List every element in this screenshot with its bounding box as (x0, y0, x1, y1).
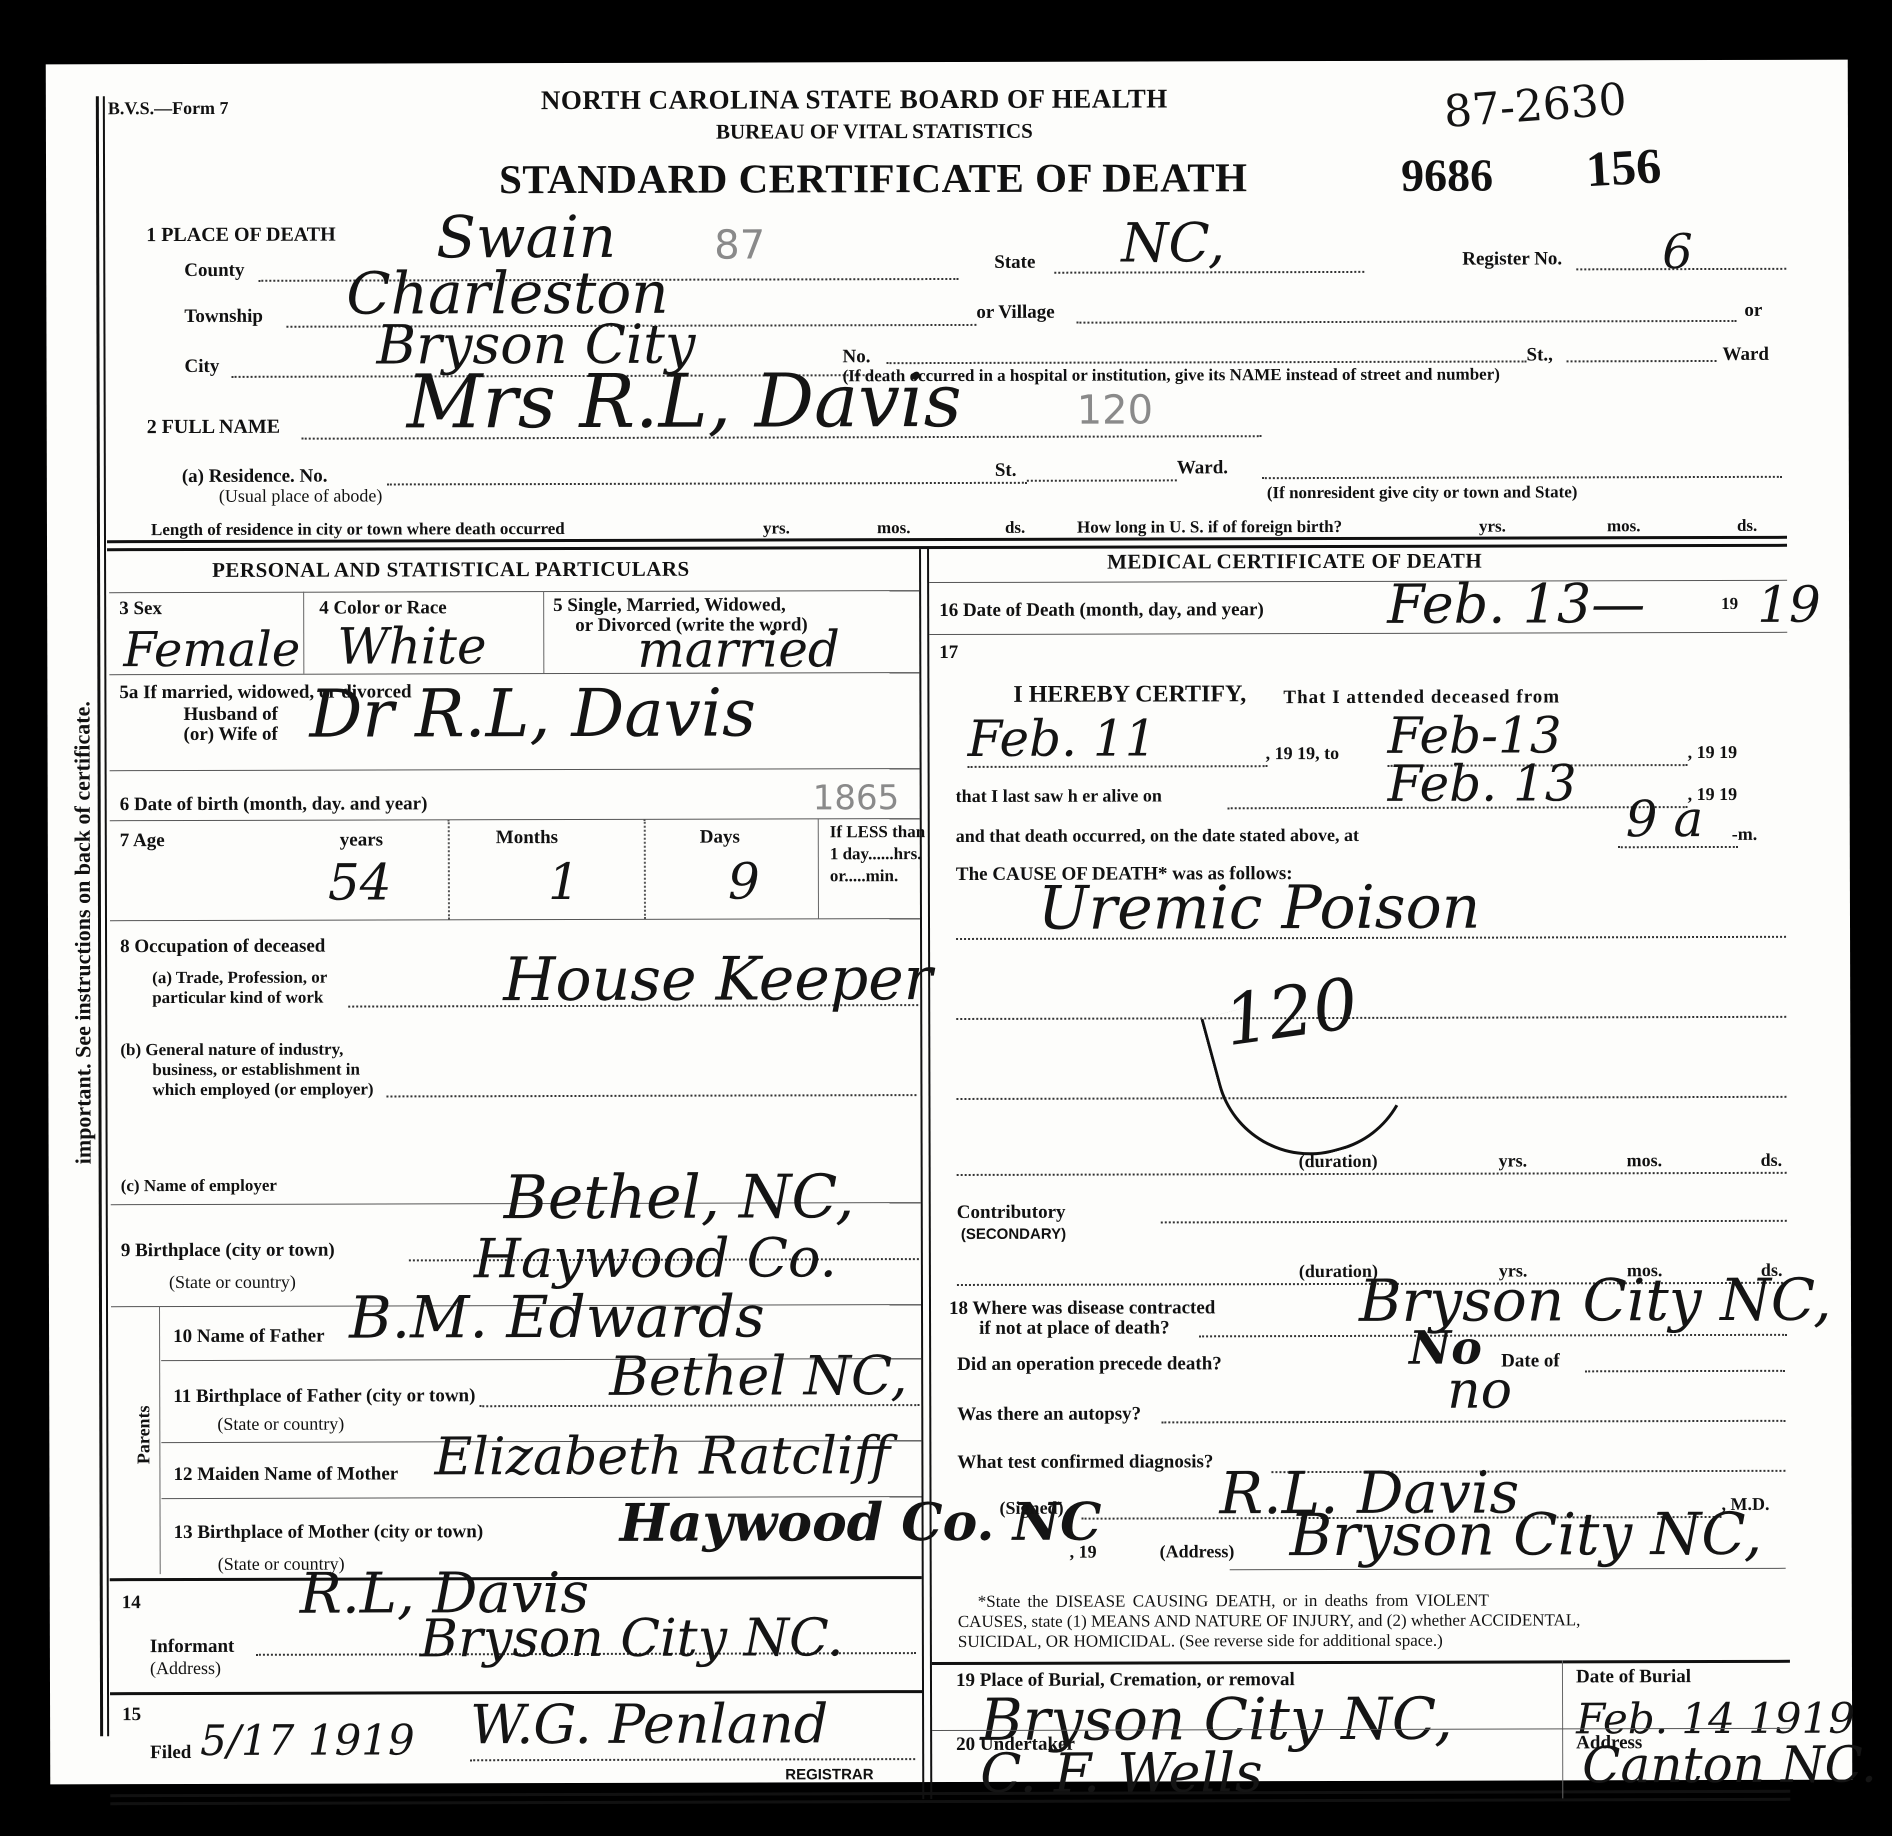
sex-label: 3 Sex (119, 598, 162, 620)
death-time-label: and that death occurred, on the date sta… (956, 825, 1359, 847)
residence-sublabel: (Usual place of abode) (219, 485, 382, 506)
race-value: White (337, 617, 486, 675)
birthplace-value: Bethel, NC, (504, 1162, 855, 1233)
informant-address-label: (Address) (150, 1658, 221, 1679)
autopsy-label: Was there an autopsy? (957, 1403, 1141, 1425)
less-than-label-1: If LESS than (830, 822, 925, 842)
secondary-label: (SECONDARY) (961, 1226, 1066, 1243)
informant-number: 14 (122, 1592, 141, 1614)
stamp-number: 9686 (1401, 149, 1493, 202)
center-rule-2 (927, 549, 932, 1799)
header-bureau: BUREAU OF VITAL STATISTICS (716, 119, 1033, 145)
form-left-rule (96, 96, 103, 1736)
father-birthplace-state-label: (State or country) (217, 1414, 344, 1435)
less-than-label-2: 1 day......hrs. (830, 844, 922, 864)
last-saw-label: that I last saw h er alive on (956, 785, 1162, 807)
header-board: NORTH CAROLINA STATE BOARD OF HEALTH (541, 83, 1168, 116)
footnote-2: CAUSES, state (1) MEANS AND NATURE OF IN… (958, 1610, 1581, 1632)
form-left-rule-inner (103, 96, 109, 1736)
informant-address-value: Bryson City NC. (420, 1608, 844, 1669)
industry-label-2: business, or establishment in (152, 1060, 360, 1081)
race-label: 4 Color or Race (319, 597, 447, 619)
attended-from: Feb. 11 (967, 709, 1156, 767)
date-of-death-value: Feb. 13— (1387, 572, 1645, 636)
city-label: City (185, 356, 220, 378)
foreign-ds: ds. (1737, 516, 1757, 536)
burial-date-label: Date of Burial (1576, 1666, 1691, 1688)
trade-value: House Keeper (503, 944, 932, 1015)
filed-number: 15 (122, 1704, 141, 1726)
attended-to-year: , 19 19 (1688, 742, 1738, 763)
footnote-3: SUICIDAL, OR HOMICIDAL. (See reverse sid… (958, 1631, 1443, 1652)
stamp-number-2: 156 (1584, 136, 1662, 198)
birthplace-label: 9 Birthplace (city or town) (121, 1240, 335, 1263)
filed-date: 5/17 1919 (200, 1715, 415, 1765)
test-label: What test confirmed diagnosis? (957, 1451, 1213, 1474)
employer-label: (c) Name of employer (121, 1176, 277, 1196)
marital-value: married (637, 620, 840, 679)
item-17: 17 (939, 642, 958, 664)
signed-label: (Signed) (1000, 1498, 1064, 1519)
state-value: NC, (1121, 211, 1225, 274)
place-of-death-label: 1 PLACE OF DEATH (146, 224, 336, 247)
occupation-label: 8 Occupation of deceased (120, 936, 325, 959)
less-than-label-3: or.....min. (830, 866, 898, 886)
industry-label-3: which employed (or employer) (152, 1080, 373, 1101)
undertaker-address-value: Canton NC. (1582, 1736, 1877, 1795)
footnote-1: *State the DISEASE CAUSING DEATH, or in … (978, 1591, 1489, 1612)
length-mos: mos. (877, 518, 911, 538)
divider-top-2 (107, 544, 1787, 551)
age-days-value: 9 (728, 852, 760, 910)
contracted-label-2: if not at place of death? (979, 1317, 1170, 1339)
age-months-label: Months (496, 827, 558, 849)
ward-label: Ward (1722, 344, 1769, 366)
death-time-suffix: -m. (1732, 824, 1758, 845)
medical-section-title: MEDICAL CERTIFICATE OF DEATH (1107, 549, 1482, 575)
age-months-value: 1 (548, 853, 580, 911)
contributory-label: Contributory (957, 1202, 1066, 1224)
residence-ward-label: Ward. (1177, 457, 1228, 479)
foreign-birth-label: How long in U. S. if of foreign birth? (1077, 517, 1342, 538)
spouse-label-3: (or) Wife of (183, 724, 277, 746)
register-label: Register No. (1462, 248, 1562, 270)
full-name-value: Mrs R.L, Davis (407, 358, 962, 445)
father-name-value: B.M. Edwards (349, 1282, 765, 1351)
death-time-value: 9 a (1626, 790, 1704, 848)
trade-label-2: particular kind of work (152, 988, 323, 1008)
duration-yrs: yrs. (1499, 1150, 1528, 1171)
father-name-label: 10 Name of Father (173, 1326, 324, 1348)
sex-value: Female (123, 622, 300, 678)
parents-label: Parents (133, 1405, 154, 1464)
age-years-value: 54 (328, 853, 392, 911)
certificate-title: STANDARD CERTIFICATE OF DEATH (499, 153, 1248, 203)
mother-birthplace-label: 13 Birthplace of Mother (city or town) (174, 1521, 484, 1544)
father-birthplace-label: 11 Birthplace of Father (city or town) (173, 1385, 475, 1408)
father-birthplace-value: Bethel NC, (609, 1344, 907, 1408)
spouse-value: Dr R.L, Davis (309, 675, 756, 753)
physician-address-label: (Address) (1160, 1541, 1235, 1562)
spouse-label-2: Husband of (183, 704, 278, 726)
full-name-label: 2 FULL NAME (147, 416, 280, 439)
filed-label: Filed (150, 1742, 191, 1764)
mother-name-label: 12 Maiden Name of Mother (173, 1463, 398, 1486)
informant-label: Informant (150, 1636, 235, 1658)
certify-lead: I HEREBY CERTIFY, (1013, 681, 1246, 709)
autopsy-value: no (1447, 1361, 1512, 1421)
signed-year-label: , 19 (1070, 1542, 1097, 1563)
birthplace-state-value: Haywood Co. (474, 1226, 837, 1290)
side-instructions-note: important. See instructions on back of c… (69, 701, 96, 1164)
last-saw-value: Feb. 13 (1388, 754, 1577, 812)
foreign-mos: mos. (1607, 516, 1641, 536)
st-label: St., (1526, 344, 1552, 366)
duration-label: (duration) (1299, 1151, 1378, 1172)
registrar-signature: W.G. Penland (470, 1692, 828, 1756)
duration-ds: ds. (1761, 1150, 1783, 1171)
or-label: or (1744, 300, 1762, 322)
register-value: 6 (1662, 224, 1693, 280)
attended-from-year: , 19 19, to (1266, 743, 1340, 764)
dob-pencil-year: 1865 (813, 778, 900, 818)
reference-number: 87-2630 (1442, 74, 1628, 138)
trade-label-1: (a) Trade, Profession, or (152, 968, 327, 988)
county-label: County (184, 260, 244, 282)
county-pencil-code: 87 (714, 222, 765, 268)
age-days-label: Days (700, 827, 740, 849)
age-label: 7 Age (120, 830, 165, 852)
foreign-yrs: yrs. (1479, 517, 1506, 537)
village-label: or Village (976, 302, 1054, 324)
cause-value: Uremic Poison (1038, 873, 1481, 944)
length-ds: ds. (1005, 518, 1025, 538)
length-yrs: yrs. (763, 518, 790, 538)
operation-label: Did an operation precede death? (957, 1353, 1222, 1376)
duration-mos: mos. (1627, 1150, 1663, 1171)
form-id: B.V.S.—Form 7 (108, 98, 229, 119)
length-of-residence-label: Length of residence in city or town wher… (151, 519, 565, 540)
date-of-death-label: 16 Date of Death (month, day, and year) (939, 599, 1264, 622)
nonresident-note: (If nonresident give city or town and St… (1267, 482, 1578, 503)
contracted-label-1: 18 Where was disease contracted (949, 1297, 1215, 1320)
residence-label: (a) Residence. No. (182, 466, 328, 488)
full-name-pencil-mark: 120 (1077, 387, 1153, 433)
personal-section-title: PERSONAL AND STATISTICAL PARTICULARS (212, 557, 690, 583)
dod-year-prefix: 19 (1721, 594, 1738, 614)
date-of-death-year: 19 (1757, 576, 1821, 634)
physician-address-value: Bryson City NC, (1290, 1500, 1763, 1569)
birthplace-state-label: (State or country) (169, 1272, 296, 1293)
industry-label-1: (b) General nature of industry, (120, 1040, 343, 1061)
mother-name-value: Elizabeth Ratcliff (434, 1426, 890, 1487)
dob-label: 6 Date of birth (month, day. and year) (120, 793, 428, 816)
age-years-label: years (340, 829, 383, 851)
certificate-paper: important. See instructions on back of c… (46, 60, 1852, 1785)
state-label: State (994, 252, 1035, 274)
residence-st-label: St. (995, 460, 1017, 482)
undertaker-value: C. F. Wells (980, 1741, 1263, 1805)
registrar-label: REGISTRAR (785, 1766, 873, 1783)
center-rule (919, 549, 924, 1799)
township-label: Township (184, 306, 263, 328)
